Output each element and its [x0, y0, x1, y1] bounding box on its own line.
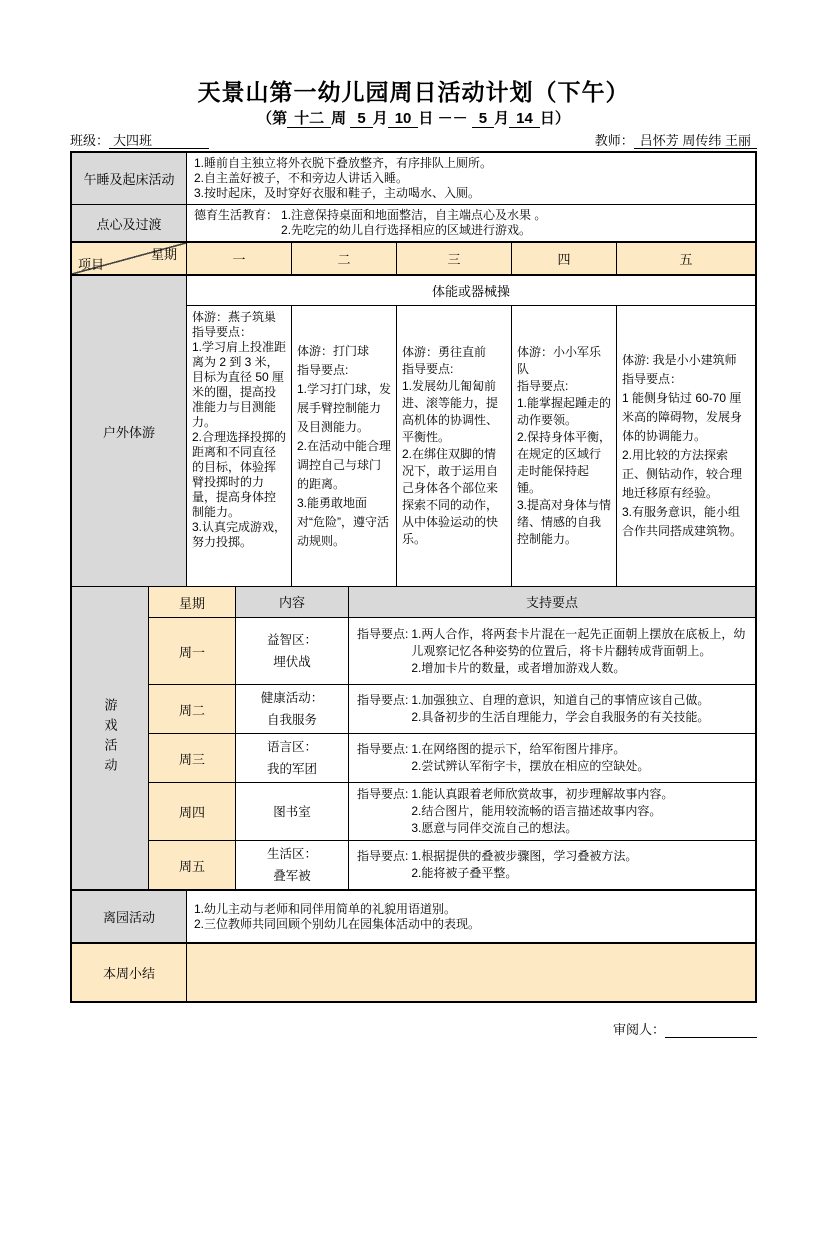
games-support-tue: 指导要点: 1.加强独立、自理的意识，知道自己的事情应该自己做。 2.具备初步的…	[349, 685, 755, 733]
snack-content: 德育生活教育： 1.注意保持桌面和地面整洁，自主端点心及水果 。 2.先吃完的幼…	[187, 205, 755, 241]
class-value: 大四班	[109, 133, 209, 149]
games-support-thu: 指导要点: 1.能认真跟着老师欣赏故事，初步理解故事内容。 2.结合图片，能用较…	[349, 783, 755, 840]
day-header-wed: 三	[397, 243, 512, 274]
snack-points: 1.注意保持桌面和地面整洁，自主端点心及水果 。 2.先吃完的幼儿自行选择相应的…	[281, 208, 748, 238]
subtitle-day-char1: 日	[418, 110, 433, 127]
support-points-wed: 1.在网络图的提示下，给军衔图片排序。 2.尝试辨认军衔字卡，摆放在相应的空缺处…	[411, 741, 747, 775]
games-day-tue: 周二	[149, 685, 236, 733]
outdoor-section: 户外体游 体能或器械操 体游：燕子筑巢 指导要点： 1.学习肩上投准距离为 2 …	[72, 276, 755, 587]
games-support-mon: 指导要点: 1.两人合作，将两套卡片混在一起先正面朝上摆放在底板上，幼儿观察记忆…	[349, 618, 755, 684]
subtitle-month-char1: 月	[373, 110, 388, 127]
leave-label: 离园活动	[72, 891, 187, 942]
games-header-row: 星期 内容 支持要点	[149, 587, 755, 618]
corner-week-label: 星期	[151, 244, 177, 263]
support-prefix: 指导要点:	[357, 741, 408, 758]
teacher-field: 教师：吕怀芳 周传纬 王丽	[595, 132, 757, 149]
outdoor-label: 户外体游	[72, 276, 187, 586]
games-support-fri: 指导要点: 1.根据提供的叠被步骤图，学习叠被方法。 2.能将被子叠平整。	[349, 841, 755, 889]
support-prefix: 指导要点:	[357, 848, 408, 865]
games-row-thu: 周四 图书室 指导要点: 1.能认真跟着老师欣赏故事，初步理解故事内容。 2.结…	[149, 783, 755, 841]
games-content-wed: 语言区： 我的军团	[236, 734, 349, 782]
games-content-fri: 生活区： 叠军被	[236, 841, 349, 889]
outdoor-columns: 体游：燕子筑巢 指导要点： 1.学习肩上投准距离为 2 到 3 米，目标为直径 …	[187, 306, 755, 586]
games-day-mon: 周一	[149, 618, 236, 684]
nap-label: 午睡及起床活动	[72, 153, 187, 204]
summary-row: 本周小结	[72, 944, 755, 1001]
games-label-cell: 游戏活动	[72, 587, 149, 889]
outdoor-content: 体能或器械操 体游：燕子筑巢 指导要点： 1.学习肩上投准距离为 2 到 3 米…	[187, 276, 755, 586]
summary-label: 本周小结	[72, 944, 187, 1001]
games-day-wed: 周三	[149, 734, 236, 782]
teacher-value: 吕怀芳 周传纬 王丽	[634, 133, 757, 149]
reviewer-signature-line	[665, 1024, 757, 1038]
class-field: 班级：大四班	[70, 132, 209, 149]
games-row-wed: 周三 语言区： 我的军团 指导要点: 1.在网络图的提示下，给军衔图片排序。 2…	[149, 734, 755, 783]
subtitle-day-char2: 日）	[540, 110, 570, 127]
day-header-mon: 一	[187, 243, 292, 274]
week-header-row: 星期 项目 一 二 三 四 五	[72, 243, 755, 276]
support-prefix: 指导要点:	[357, 626, 408, 643]
outdoor-col-thu: 体游：小小军乐队 指导要点: 1.能掌握起踵走的动作要领。 2.保持身体平衡，在…	[512, 306, 617, 586]
games-row-mon: 周一 益智区： 埋伏战 指导要点: 1.两人合作，将两套卡片混在一起先正面朝上摆…	[149, 618, 755, 685]
games-header-week: 星期	[149, 587, 236, 617]
outdoor-text-fri: 体游: 我是小小建筑师 指导要点： 1 能侧身钻过 60-70 厘米高的障碍物，…	[622, 351, 750, 541]
corner-item-label: 项目	[78, 254, 104, 273]
nap-content: 1.睡前自主独立将外衣脱下叠放整齐，有序排队上厕所。 2.自主盖好被子，不和旁边…	[187, 153, 755, 204]
corner-cell: 星期 项目	[72, 243, 187, 274]
support-prefix: 指导要点:	[357, 786, 408, 803]
games-header-content: 内容	[236, 587, 349, 617]
games-day-thu: 周四	[149, 783, 236, 840]
subtitle-week-char: 周	[331, 110, 346, 127]
games-table: 星期 内容 支持要点 周一 益智区： 埋伏战 指导要点: 1.两人合作，将两套卡…	[149, 587, 755, 889]
games-day-fri: 周五	[149, 841, 236, 889]
activity-plan-table: 午睡及起床活动 1.睡前自主独立将外衣脱下叠放整齐，有序排队上厕所。 2.自主盖…	[70, 151, 757, 1003]
day-header-thu: 四	[512, 243, 617, 274]
end-month: 5	[472, 110, 494, 128]
snack-prefix: 德育生活教育：	[194, 208, 278, 223]
week-number: 十二	[287, 110, 331, 128]
outdoor-text-thu: 体游：小小军乐队 指导要点: 1.能掌握起踵走的动作要领。 2.保持身体平衡，在…	[517, 344, 611, 548]
day-header-tue: 二	[292, 243, 397, 274]
subtitle-prefix: （第	[257, 110, 287, 127]
games-label: 游戏活动	[101, 698, 120, 778]
games-header-support: 支持要点	[349, 587, 755, 617]
class-label: 班级：	[70, 133, 109, 148]
outdoor-col-wed: 体游：勇往直前 指导要点: 1.发展幼儿匍匐前进、滚等能力，提高机体的协调性、平…	[397, 306, 512, 586]
support-prefix: 指导要点:	[357, 692, 408, 709]
support-points-tue: 1.加强独立、自理的意识，知道自己的事情应该自己做。 2.具备初步的生活自理能力…	[411, 692, 747, 726]
summary-content	[187, 944, 755, 1001]
support-points-fri: 1.根据提供的叠被步骤图，学习叠被方法。 2.能将被子叠平整。	[411, 848, 747, 882]
games-content-tue: 健康活动： 自我服务	[236, 685, 349, 733]
nap-row: 午睡及起床活动 1.睡前自主独立将外衣脱下叠放整齐，有序排队上厕所。 2.自主盖…	[72, 153, 755, 205]
support-points-thu: 1.能认真跟着老师欣赏故事，初步理解故事内容。 2.结合图片，能用较流畅的语言描…	[411, 786, 747, 837]
outdoor-col-fri: 体游: 我是小小建筑师 指导要点： 1 能侧身钻过 60-70 厘米高的障碍物，…	[617, 306, 755, 586]
page-title: 天景山第一幼儿园周日活动计划（下午）	[0, 78, 827, 106]
meta-line: 班级：大四班 教师：吕怀芳 周传纬 王丽	[70, 132, 757, 149]
outdoor-text-tue: 体游：打门球 指导要点: 1.学习打门球，发展手臂控制能力及目测能力。 2.在活…	[297, 342, 391, 551]
start-day: 10	[388, 110, 419, 128]
exercise-row: 体能或器械操	[187, 276, 755, 306]
teacher-label: 教师：	[595, 133, 634, 148]
subtitle-dash: －－	[438, 110, 468, 127]
games-content-thu: 图书室	[236, 783, 349, 840]
games-content-mon: 益智区： 埋伏战	[236, 618, 349, 684]
day-header-fri: 五	[617, 243, 755, 274]
page-subtitle: （第十二周 5月10日 －－ 5月14日）	[0, 106, 827, 132]
snack-label: 点心及过渡	[72, 205, 187, 241]
games-row-tue: 周二 健康活动： 自我服务 指导要点: 1.加强独立、自理的意识，知道自己的事情…	[149, 685, 755, 734]
support-points-mon: 1.两人合作，将两套卡片混在一起先正面朝上摆放在底板上，幼儿观察记忆各种姿势的位…	[411, 626, 747, 677]
end-day: 14	[509, 110, 540, 128]
reviewer-line: 审阅人：	[70, 1019, 757, 1038]
start-month: 5	[350, 110, 372, 128]
reviewer-label: 审阅人：	[613, 1022, 665, 1037]
outdoor-text-wed: 体游：勇往直前 指导要点: 1.发展幼儿匍匐前进、滚等能力，提高机体的协调性、平…	[402, 344, 506, 548]
games-support-wed: 指导要点: 1.在网络图的提示下，给军衔图片排序。 2.尝试辨认军衔字卡，摆放在…	[349, 734, 755, 782]
snack-row: 点心及过渡 德育生活教育： 1.注意保持桌面和地面整洁，自主端点心及水果 。 2…	[72, 205, 755, 243]
leave-content: 1.幼儿主动与老师和同伴用简单的礼貌用语道别。 2.三位教师共同回顾个别幼儿在园…	[187, 891, 755, 942]
games-section: 游戏活动 星期 内容 支持要点 周一 益智区： 埋伏战 指导要点: 1.两人合作…	[72, 587, 755, 891]
leave-row: 离园活动 1.幼儿主动与老师和同伴用简单的礼貌用语道别。 2.三位教师共同回顾个…	[72, 891, 755, 944]
games-row-fri: 周五 生活区： 叠军被 指导要点: 1.根据提供的叠被步骤图，学习叠被方法。 2…	[149, 841, 755, 889]
outdoor-col-mon: 体游：燕子筑巢 指导要点： 1.学习肩上投准距离为 2 到 3 米，目标为直径 …	[187, 306, 292, 586]
outdoor-text-mon: 体游：燕子筑巢 指导要点： 1.学习肩上投准距离为 2 到 3 米，目标为直径 …	[192, 310, 286, 550]
outdoor-col-tue: 体游：打门球 指导要点: 1.学习打门球，发展手臂控制能力及目测能力。 2.在活…	[292, 306, 397, 586]
subtitle-month-char2: 月	[494, 110, 509, 127]
